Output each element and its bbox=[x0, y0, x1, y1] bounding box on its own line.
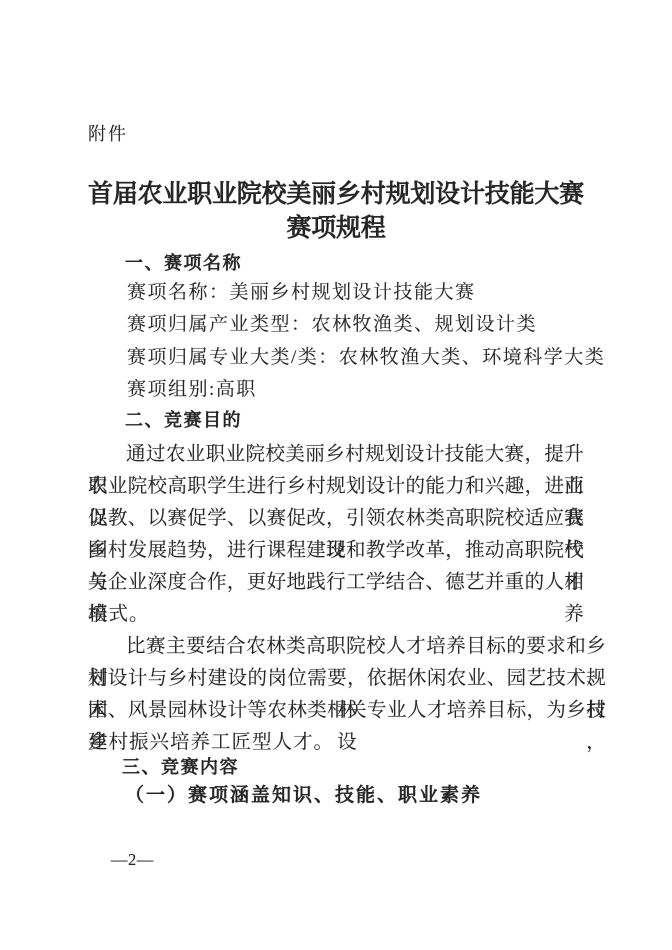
attachment-label: 附件 bbox=[88, 124, 128, 144]
sub-heading: （一）赛项涵盖知识、技能、职业素养 bbox=[125, 784, 482, 808]
document-title-line1: 首届农业职业院校美丽乡村规划设计技能大赛 bbox=[0, 178, 672, 212]
paragraph-line: 划设计与乡村建设的岗位需要，依据休闲农业、园艺技术、园林技 bbox=[88, 663, 606, 695]
section-1-item-list: 赛项名称：美丽乡村规划设计技能大赛 赛项归属产业类型：农林牧渔类、规划设计类 赛… bbox=[127, 277, 605, 407]
paragraph-line: 关企业深度合作，更好地践行工学结合、德艺并重的人才培养 bbox=[88, 567, 584, 599]
section-heading-1: 一、赛项名称 bbox=[125, 252, 242, 274]
paragraph-line: 促教、以赛促学、以赛促改，引领农林类高职院校适应我国现代 bbox=[88, 503, 584, 535]
paragraph-line: 职业院校高职学生进行乡村规划设计的能力和兴趣，进而以赛 bbox=[88, 471, 584, 503]
paragraph-line: 术、风景园林设计等农林类相关专业人才培养目标，为乡村建设， bbox=[88, 695, 606, 727]
list-item: 赛项名称：美丽乡村规划设计技能大赛 bbox=[127, 277, 605, 309]
document-page: 附件 首届农业职业院校美丽乡村规划设计技能大赛 赛项规程 一、赛项名称 赛项名称… bbox=[0, 0, 672, 950]
document-title: 首届农业职业院校美丽乡村规划设计技能大赛 赛项规程 bbox=[0, 178, 672, 246]
list-item: 赛项归属产业类型：农林牧渔类、规划设计类 bbox=[127, 309, 605, 341]
paragraph-line: 通过农业职业院校美丽乡村规划设计技能大赛，提升农业 bbox=[88, 439, 584, 471]
section-heading-3: 三、竞赛内容 bbox=[122, 756, 239, 778]
paragraph: 通过农业职业院校美丽乡村规划设计技能大赛，提升农业 职业院校高职学生进行乡村规划… bbox=[88, 439, 584, 631]
paragraph: 比赛主要结合农林类高职院校人才培养目标的要求和乡村规 划设计与乡村建设的岗位需要… bbox=[88, 631, 606, 759]
section-heading-2: 二、竞赛目的 bbox=[125, 409, 242, 431]
paragraph-line: 乡村发展趋势，进行课程建设和教学改革，推动高职院校与相 bbox=[88, 535, 584, 567]
paragraph-line: 比赛主要结合农林类高职院校人才培养目标的要求和乡村规 bbox=[88, 631, 606, 663]
document-title-line2: 赛项规程 bbox=[0, 212, 672, 246]
page-number: —2— bbox=[111, 851, 154, 869]
list-item: 赛项归属专业大类/类：农林牧渔大类、环境科学大类 bbox=[127, 342, 605, 374]
list-item: 赛项组别:高职 bbox=[127, 374, 605, 406]
